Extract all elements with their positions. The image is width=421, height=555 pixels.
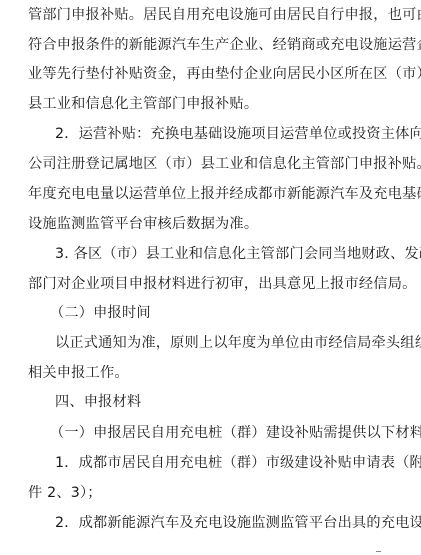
- material-item-2: 2．成都新能源汽车及充电设施监测监管平台出具的充电设: [55, 514, 421, 532]
- text-line-17: 件 2、3）；: [28, 484, 102, 502]
- text-line-2: 符合申报条件的新能源汽车生产企业、经销商或充电设施运营企: [28, 36, 421, 54]
- document-page: 管部门申报补贴。居民自用充电设施可由居民自行申报，也可由 符合申报条件的新能源汽…: [0, 0, 421, 555]
- application-time-paragraph: 以正式通知为准，原则上以年度为单位由市经信局牵头组织: [55, 334, 421, 352]
- section-heading-application-time: （二）申报时间: [50, 304, 151, 322]
- text-line-8: 设施监测监管平台审核后数据为准。: [28, 215, 258, 233]
- review-paragraph: 3. 各区（市）县工业和信息化主管部门会同当地财政、发改: [55, 245, 421, 263]
- section-heading-application-materials: 四、申报材料: [55, 393, 141, 411]
- page-mark: [376, 551, 381, 552]
- text-line-4: 县工业和信息化主管部门申报补贴。: [28, 95, 258, 113]
- text-line-13: 相关申报工作。: [28, 364, 129, 382]
- text-line-1: 管部门申报补贴。居民自用充电设施可由居民自行申报，也可由: [28, 6, 421, 24]
- material-item-1: 1．成都市居民自用充电桩（群）市级建设补贴申请表（附: [55, 454, 421, 472]
- text-line-3: 业等先行垫付补贴资金，再由垫付企业向居民小区所在区（市）: [28, 65, 421, 83]
- text-line-7: 年度充电电量以运营单位上报并经成都市新能源汽车及充电基础: [28, 185, 421, 203]
- subsection-heading-residential-materials: （一）申报居民自用充电桩（群）建设补贴需提供以下材料：: [50, 424, 421, 442]
- operating-subsidy-paragraph: 2．运营补贴：充换电基础设施项目运营单位或投资主体向: [55, 125, 421, 143]
- text-line-10: 部门对企业项目申报材料进行初审，出具意见上报市经信局。: [28, 275, 416, 293]
- text-line-6: 公司注册登记属地区（市）县工业和信息化主管部门申报补贴。: [28, 155, 421, 173]
